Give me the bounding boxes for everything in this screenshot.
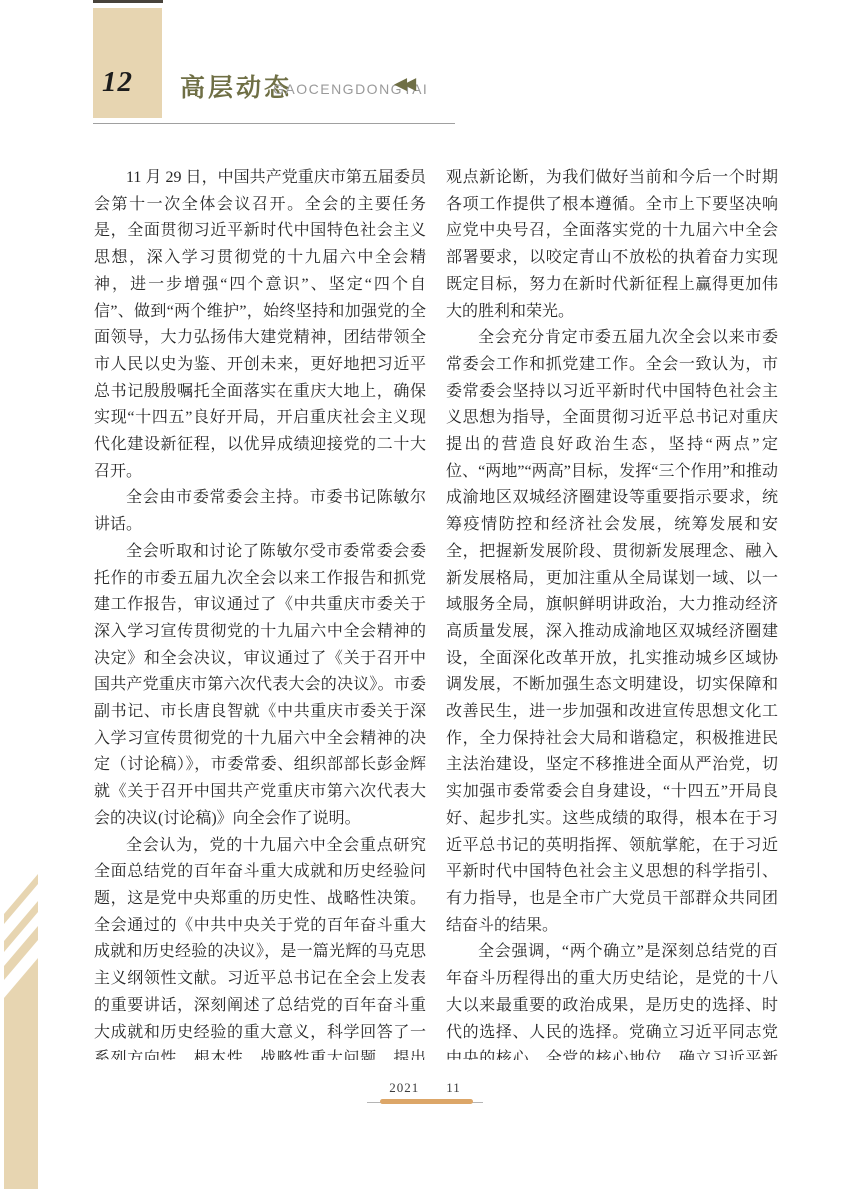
article-column-left: 11 月 29 日，中国共产党重庆市第五届委员会第十一次全体会议召开。全会的主要…: [94, 165, 426, 1060]
page-number-box: 12: [93, 8, 162, 118]
paragraph: 全会由市委常委会主持。市委书记陈敏尔讲话。: [94, 485, 426, 538]
corner-stripes-decoration: [0, 868, 42, 1189]
footer-text: 2021 11: [367, 1080, 483, 1096]
paragraph: 全会强调，“两个确立”是深刻总结党的百年奋斗历程得出的重大历史结论，是党的十八大…: [446, 939, 778, 1060]
paragraph: 全会充分肯定市委五届九次全会以来市委常委会工作和抓党建工作。全会一致认为，市委常…: [446, 325, 778, 939]
paragraph: 全会认为，党的十九届六中全会重点研究全面总结党的百年奋斗重大成就和历史经验问题，…: [94, 833, 426, 1060]
paragraph: 观点新论断，为我们做好当前和今后一个时期各项工作提供了根本遵循。全市上下要坚决响…: [446, 165, 778, 325]
article-column-right: 观点新论断，为我们做好当前和今后一个时期各项工作提供了根本遵循。全市上下要坚决响…: [446, 165, 778, 1060]
footer: 2021 11: [367, 1080, 483, 1106]
page-number: 12: [102, 66, 133, 99]
header-divider: [93, 123, 455, 124]
footer-year: 2021: [389, 1080, 419, 1096]
footer-issue-number: 11: [446, 1080, 461, 1096]
page-top-mark: [93, 0, 163, 3]
footer-accent-bar: [380, 1099, 473, 1104]
footer-divider: [367, 1099, 483, 1106]
magazine-page: 12 高层动态 GAOCENGDONGTAI ◀◀ 11 月 29 日，中国共产…: [0, 0, 841, 1189]
paragraph: 全会听取和讨论了陈敏尔受市委常委会委托作的市委五届九次全会以来工作报告和抓党建工…: [94, 539, 426, 833]
paragraph: 11 月 29 日，中国共产党重庆市第五届委员会第十一次全体会议召开。全会的主要…: [94, 165, 426, 485]
double-left-arrows-icon: ◀◀: [394, 74, 412, 94]
